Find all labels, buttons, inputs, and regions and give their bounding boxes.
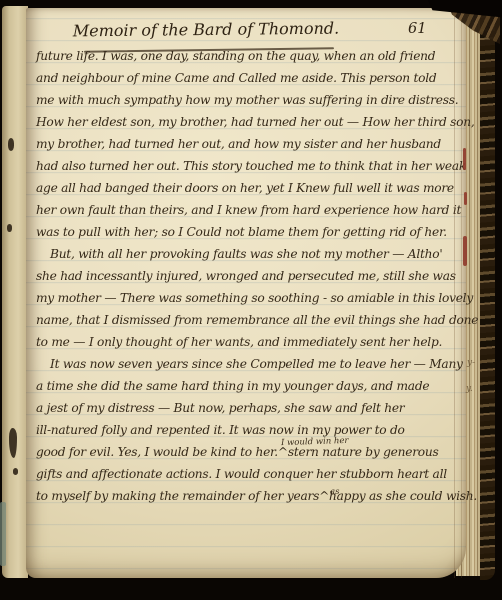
- ink-blot: [9, 428, 17, 458]
- manuscript-line: good for evil. Yes, I would be kind to h…: [36, 442, 462, 464]
- photo-background: Memoir of the Bard of Thomond. 61 future…: [0, 0, 502, 600]
- manuscript-line: was to pull with her; so I Could not bla…: [36, 222, 462, 244]
- bottom-left-sliver: [0, 502, 6, 566]
- manuscript-line: me with much sympathy how my mother was …: [36, 90, 462, 112]
- red-edge-mark: [464, 192, 467, 205]
- manuscript-line: to me — I only thought of her wants, and…: [36, 332, 462, 354]
- manuscript-line: gifts and affectionate actions. I would …: [36, 464, 462, 486]
- manuscript-line: my brother, had turned her out, and how …: [36, 134, 462, 156]
- red-edge-mark: [463, 236, 467, 266]
- manuscript-line: future life. I was, one day, standing on…: [36, 46, 462, 68]
- manuscript-page: Memoir of the Bard of Thomond. 61 future…: [26, 8, 466, 578]
- manuscript-line: name, that I dismissed from remembrance …: [36, 310, 462, 332]
- manuscript-line: But, with all her provoking faults was s…: [36, 244, 462, 266]
- manuscript-line: her own fault than theirs, and I knew fr…: [36, 200, 462, 222]
- manuscript-line: she had incessantly injured, wronged and…: [36, 266, 462, 288]
- margin-stray-mark: y.: [466, 384, 473, 394]
- page-number: 61: [408, 21, 426, 37]
- manuscript-line: had also turned her out. This story touc…: [36, 156, 462, 178]
- book-fore-edge: [480, 2, 495, 580]
- manuscript-line: my mother — There was something so sooth…: [36, 288, 462, 310]
- manuscript-lines: future life. I was, one day, standing on…: [36, 46, 462, 508]
- interlinear-insertion: as: [330, 487, 339, 497]
- ink-blot: [7, 224, 12, 232]
- manuscript-line: It was now seven years since she Compell…: [36, 354, 462, 376]
- page-title: Memoir of the Bard of Thomond.: [70, 19, 342, 41]
- manuscript-line: and neighbour of mine Came and Called me…: [36, 68, 462, 90]
- manuscript-line: How her eldest son, my brother, had turn…: [36, 112, 462, 134]
- left-gutter-page-edge: [2, 6, 28, 578]
- margin-stray-mark: y-: [467, 358, 475, 368]
- manuscript-line: to myself by making the remainder of her…: [36, 486, 462, 508]
- manuscript-line: ill-natured folly and repented it. It wa…: [36, 420, 462, 442]
- manuscript-line: a time she did the same hard thing in my…: [36, 376, 462, 398]
- red-edge-mark: [463, 148, 466, 170]
- manuscript-line: age all had banged their doors on her, y…: [36, 178, 462, 200]
- manuscript-line: a jest of my distress — But now, perhaps…: [36, 398, 462, 420]
- ink-blot: [8, 138, 14, 151]
- ink-blot: [13, 468, 18, 475]
